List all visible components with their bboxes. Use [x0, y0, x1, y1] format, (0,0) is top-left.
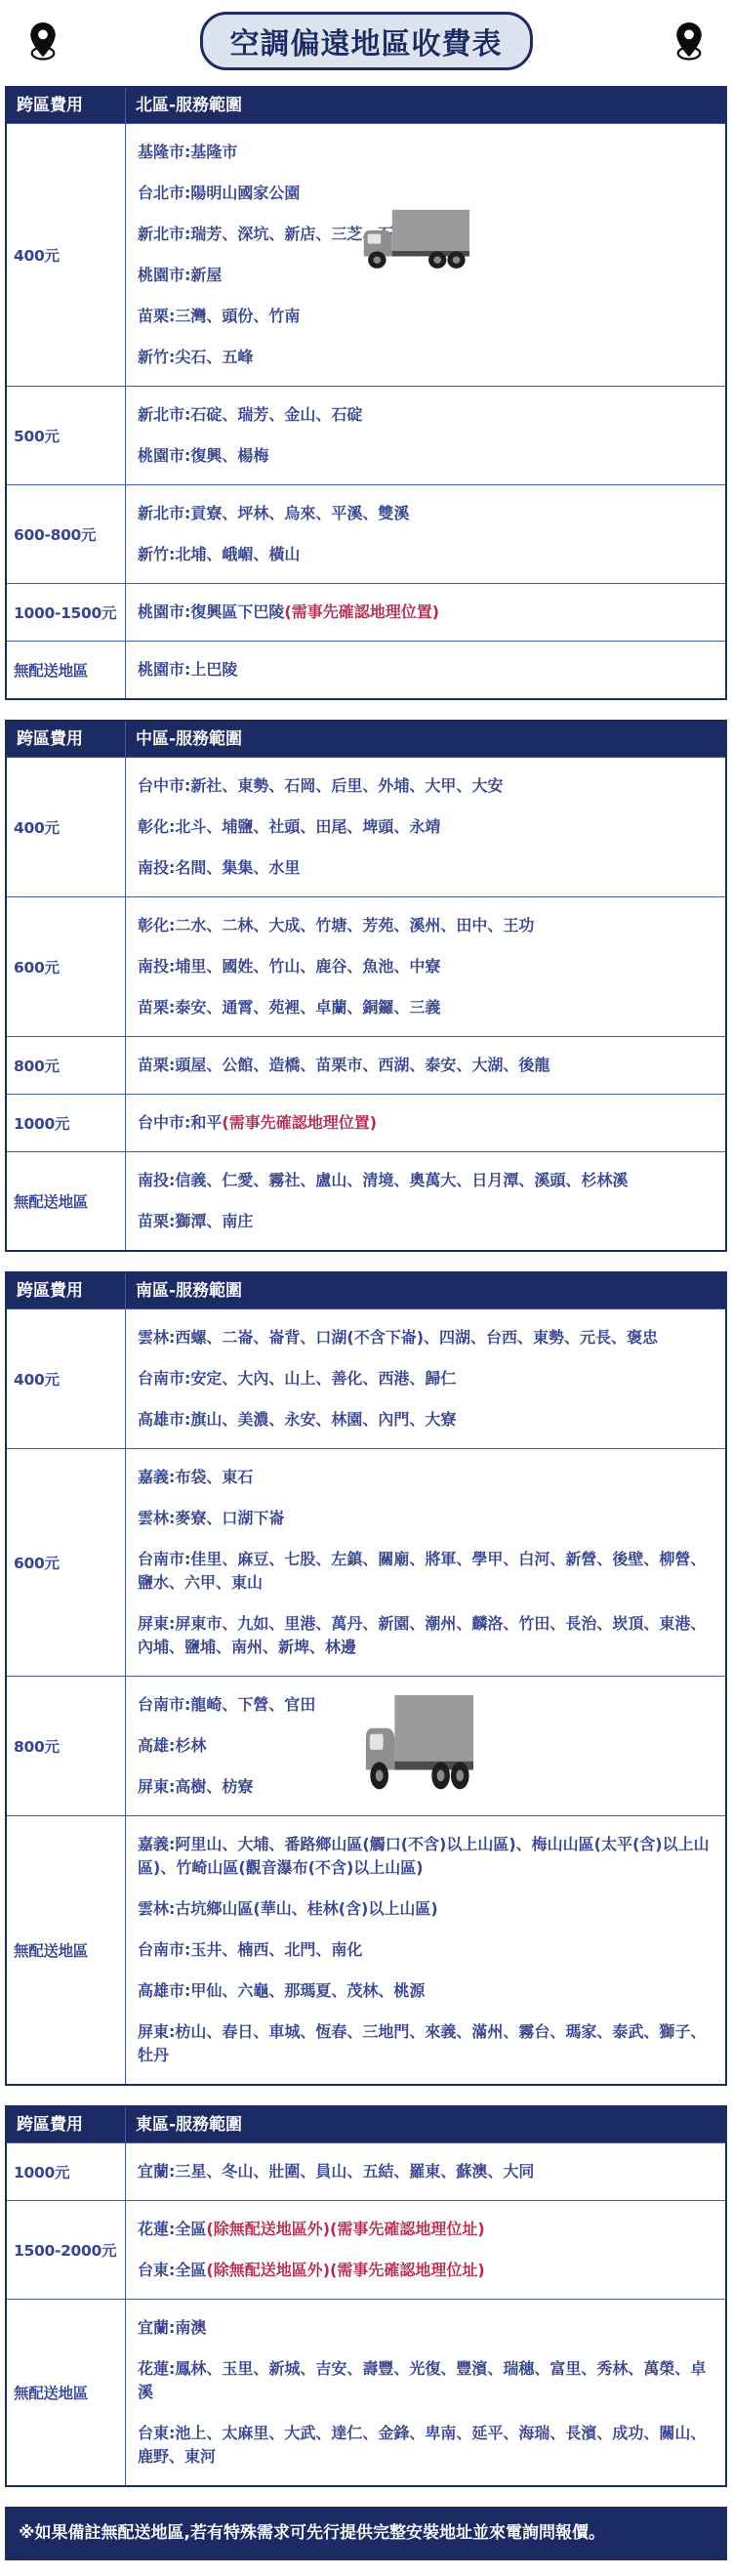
fee-cell: 1000元 [6, 1095, 126, 1152]
areas-cell: 新北市:石碇、瑞芳、金山、石碇桃園市:復興、楊梅 [126, 387, 727, 485]
area-line: 宜蘭:三星、冬山、壯圍、員山、五結、羅東、蘇澳、大同 [138, 2151, 717, 2192]
area-text: 嘉義:阿里山、大埔、番路鄉山區(觸口(不含)以上山區)、梅山山區(太平(含)以上… [138, 1835, 710, 1877]
area-text: 雲林:西螺、二崙、崙背、口湖(不含下崙)、四湖、台西、東勢、元長、褒忠 [138, 1328, 658, 1347]
area-line: 新北市:石碇、瑞芳、金山、石碇 [138, 395, 717, 436]
area-line: 高雄市:甲仙、六龜、那瑪夏、茂林、桃源 [138, 1971, 717, 2012]
area-text: 苗栗:獅潭、南庄 [138, 1212, 253, 1230]
area-text: 新北市:石碇、瑞芳、金山、石碇 [138, 405, 362, 424]
area-line: 基隆市:基隆市 [138, 132, 717, 173]
fee-cell: 800元 [6, 1037, 126, 1095]
table-row: 1000元台中市:和平(需事先確認地理位置) [6, 1095, 726, 1152]
area-text: 屏東:屏東市、九如、里港、萬丹、新園、潮州、麟洛、竹田、長治、崁頂、東港、內埔、… [138, 1614, 706, 1656]
area-text: 桃園市:復興、楊梅 [138, 446, 268, 465]
area-text: 台南市:玉井、楠西、北門、南化 [138, 1940, 362, 1959]
fee-table-south: 跨區費用南區-服務範圍400元雲林:西螺、二崙、崙背、口湖(不含下崙)、四湖、台… [5, 1271, 727, 2086]
table-row: 400元台中市:新社、東勢、石岡、后里、外埔、大甲、大安彰化:北斗、埔鹽、社頭、… [6, 758, 726, 897]
table-row: 無配送地區南投:信義、仁愛、霧社、盧山、清境、奧萬大、日月潭、溪頭、杉林溪苗栗:… [6, 1152, 726, 1252]
page-header: 空調偏遠地區收費表 [0, 6, 732, 80]
area-line: 高雄市:旗山、美濃、永安、林園、內門、大寮 [138, 1399, 717, 1440]
area-text: 台中市:新社、東勢、石岡、后里、外埔、大甲、大安 [138, 776, 503, 795]
area-line: 桃園市:復興區下巴陵(需事先確認地理位置) [138, 592, 717, 633]
table-row: 400元雲林:西螺、二崙、崙背、口湖(不含下崙)、四湖、台西、東勢、元長、褒忠台… [6, 1309, 726, 1449]
area-line: 雲林:西螺、二崙、崙背、口湖(不含下崙)、四湖、台西、東勢、元長、褒忠 [138, 1317, 717, 1358]
truck-icon [360, 1692, 475, 1796]
area-text: 雲林:麥寮、口湖下崙 [138, 1509, 284, 1527]
region-header: 東區-服務範圍 [126, 2106, 727, 2143]
areas-cell: 台南市:龍崎、下營、官田高雄:杉林屏東:高樹、枋寮 [126, 1677, 727, 1816]
area-text: 台南市:佳里、麻豆、七股、左鎮、關廟、將軍、學甲、白河、新營、後壁、柳營、鹽水、… [138, 1550, 706, 1592]
area-line: 南投:名間、集集、水里 [138, 848, 717, 889]
areas-cell: 彰化:二水、二林、大成、竹塘、芳苑、溪州、田中、王功南投:埔里、國姓、竹山、鹿谷… [126, 897, 727, 1037]
areas-cell: 基隆市:基隆市台北市:陽明山國家公園新北市:瑞芳、深坑、新店、三芝、石門、萬里桃… [126, 124, 727, 387]
area-text: 屏東:高樹、枋寮 [138, 1777, 253, 1796]
area-line: 花蓮:鳳林、玉里、新城、吉安、壽豐、光復、豐濱、瑞穗、富里、秀林、萬榮、卓溪 [138, 2348, 717, 2413]
location-pin-icon [25, 19, 61, 64]
table-row: 1000-1500元桃園市:復興區下巴陵(需事先確認地理位置) [6, 584, 726, 642]
fee-cell: 600-800元 [6, 485, 126, 584]
table-row: 600-800元新北市:貢寮、坪林、烏來、平溪、雙溪新竹:北埔、峨嵋、橫山 [6, 485, 726, 584]
areas-cell: 花蓮:全區(除無配送地區外)(需事先確認地理位址)台東:全區(除無配送地區外)(… [126, 2201, 727, 2300]
fee-cell: 無配送地區 [6, 642, 126, 700]
area-text: 高雄市:甲仙、六龜、那瑪夏、茂林、桃源 [138, 1981, 425, 2000]
table-row: 500元新北市:石碇、瑞芳、金山、石碇桃園市:復興、楊梅 [6, 387, 726, 485]
fee-table-north: 跨區費用北區-服務範圍400元基隆市:基隆市台北市:陽明山國家公園新北市:瑞芳、… [5, 86, 727, 700]
region-header: 南區-服務範圍 [126, 1272, 727, 1309]
area-line: 台東:全區(除無配送地區外)(需事先確認地理位址) [138, 2250, 717, 2291]
location-pin-icon [671, 19, 707, 64]
area-line: 雲林:麥寮、口湖下崙 [138, 1498, 717, 1539]
area-line: 宜蘭:南澳 [138, 2307, 717, 2348]
area-text: 宜蘭:三星、冬山、壯圍、員山、五結、羅東、蘇澳、大同 [138, 2162, 534, 2181]
area-line: 新北市:貢寮、坪林、烏來、平溪、雙溪 [138, 493, 717, 534]
areas-cell: 桃園市:復興區下巴陵(需事先確認地理位置) [126, 584, 727, 642]
areas-cell: 台中市:新社、東勢、石岡、后里、外埔、大甲、大安彰化:北斗、埔鹽、社頭、田尾、埤… [126, 758, 727, 897]
area-text: 桃園市:上巴陵 [138, 660, 237, 679]
area-text: 苗栗:頭屋、公館、造橋、苗栗市、西湖、泰安、大湖、後龍 [138, 1056, 549, 1074]
header-row: 跨區費用東區-服務範圍 [6, 2106, 726, 2143]
area-line: 苗栗:三灣、頭份、竹南 [138, 296, 717, 337]
area-line: 桃園市:復興、楊梅 [138, 436, 717, 477]
area-text: 新北市:貢寮、坪林、烏來、平溪、雙溪 [138, 504, 409, 522]
area-line: 台南市:玉井、楠西、北門、南化 [138, 1930, 717, 1971]
areas-cell: 南投:信義、仁愛、霧社、盧山、清境、奧萬大、日月潭、溪頭、杉林溪苗栗:獅潭、南庄 [126, 1152, 727, 1252]
areas-cell: 宜蘭:南澳花蓮:鳳林、玉里、新城、吉安、壽豐、光復、豐濱、瑞穗、富里、秀林、萬榮… [126, 2300, 727, 2487]
table-row: 800元苗栗:頭屋、公館、造橋、苗栗市、西湖、泰安、大湖、後龍 [6, 1037, 726, 1095]
fee-cell: 無配送地區 [6, 2300, 126, 2487]
areas-cell: 台中市:和平(需事先確認地理位置) [126, 1095, 727, 1152]
table-row: 600元嘉義:布袋、東石雲林:麥寮、口湖下崙台南市:佳里、麻豆、七股、左鎮、關廟… [6, 1449, 726, 1677]
area-line: 台東:池上、太麻里、大武、達仁、金鋒、卑南、延平、海瑞、長濱、成功、關山、鹿野、… [138, 2413, 717, 2477]
fee-cell: 1000-1500元 [6, 584, 126, 642]
table-row: 1000元宜蘭:三星、冬山、壯圍、員山、五結、羅東、蘇澳、大同 [6, 2143, 726, 2201]
table-row: 無配送地區宜蘭:南澳花蓮:鳳林、玉里、新城、吉安、壽豐、光復、豐濱、瑞穗、富里、… [6, 2300, 726, 2487]
area-text: 屏東:枋山、春日、車城、恆春、三地門、來義、滿州、霧台、瑪家、泰武、獅子、牡丹 [138, 2022, 706, 2064]
area-text: 花蓮:全區 [138, 2220, 206, 2238]
fee-cell: 800元 [6, 1677, 126, 1816]
area-line: 花蓮:全區(除無配送地區外)(需事先確認地理位址) [138, 2209, 717, 2250]
area-text: 彰化:二水、二林、大成、竹塘、芳苑、溪州、田中、王功 [138, 916, 534, 935]
area-text: 宜蘭:南澳 [138, 2318, 206, 2337]
fee-cell: 無配送地區 [6, 1152, 126, 1252]
area-line: 新竹:尖石、五峰 [138, 337, 717, 378]
area-line: 台南市:安定、大內、山上、善化、西港、歸仁 [138, 1358, 717, 1399]
fee-cell: 400元 [6, 1309, 126, 1449]
table-row: 無配送地區嘉義:阿里山、大埔、番路鄉山區(觸口(不含)以上山區)、梅山山區(太平… [6, 1816, 726, 2086]
area-text: 雲林:古坑鄉山區(華山、桂林(含)以上山區) [138, 1899, 438, 1918]
area-text: 桃園市:新屋 [138, 266, 222, 284]
area-text: 花蓮:鳳林、玉里、新城、吉安、壽豐、光復、豐濱、瑞穗、富里、秀林、萬榮、卓溪 [138, 2359, 706, 2401]
region-header: 北區-服務範圍 [126, 87, 727, 124]
area-line: 南投:信義、仁愛、霧社、盧山、清境、奧萬大、日月潭、溪頭、杉林溪 [138, 1160, 717, 1201]
fee-column-header: 跨區費用 [6, 1272, 126, 1309]
table-row: 無配送地區桃園市:上巴陵 [6, 642, 726, 700]
areas-cell: 宜蘭:三星、冬山、壯圍、員山、五結、羅東、蘇澳、大同 [126, 2143, 727, 2201]
footer-note: ※如果備註無配送地區,若有特殊需求可先行提供完整安裝地址並來電詢問報價。 [5, 2507, 727, 2560]
area-text: 台東:全區 [138, 2261, 206, 2279]
area-line: 桃園市:上巴陵 [138, 649, 717, 690]
area-text: 彰化:北斗、埔鹽、社頭、田尾、埤頭、永靖 [138, 817, 440, 836]
area-text: 南投:信義、仁愛、霧社、盧山、清境、奧萬大、日月潭、溪頭、杉林溪 [138, 1171, 628, 1189]
area-line: 嘉義:布袋、東石 [138, 1457, 717, 1498]
areas-cell: 雲林:西螺、二崙、崙背、口湖(不含下崙)、四湖、台西、東勢、元長、褒忠台南市:安… [126, 1309, 727, 1449]
area-text: 南投:埔里、國姓、竹山、鹿谷、魚池、中寮 [138, 957, 440, 976]
page: 空調偏遠地區收費表 跨區費用北區-服務範圍400元基隆市:基隆市台北市:陽明山國… [0, 0, 732, 2576]
fee-cell: 600元 [6, 1449, 126, 1677]
table-row: 800元台南市:龍崎、下營、官田高雄:杉林屏東:高樹、枋寮 [6, 1677, 726, 1816]
fee-cell: 無配送地區 [6, 1816, 126, 2086]
warning-text: (需事先確認地理位置) [222, 1113, 377, 1132]
warning-text: (除無配送地區外)(需事先確認地理位址) [206, 2220, 484, 2238]
area-line: 屏東:枋山、春日、車城、恆春、三地門、來義、滿州、霧台、瑪家、泰武、獅子、牡丹 [138, 2012, 717, 2076]
area-line: 南投:埔里、國姓、竹山、鹿谷、魚池、中寮 [138, 946, 717, 987]
area-text: 嘉義:布袋、東石 [138, 1468, 253, 1486]
warning-text: (需事先確認地理位置) [284, 602, 439, 621]
fee-table-central: 跨區費用中區-服務範圍400元台中市:新社、東勢、石岡、后里、外埔、大甲、大安彰… [5, 720, 727, 1252]
areas-cell: 苗栗:頭屋、公館、造橋、苗栗市、西湖、泰安、大湖、後龍 [126, 1037, 727, 1095]
fee-cell: 500元 [6, 387, 126, 485]
area-line: 台中市:和平(需事先確認地理位置) [138, 1102, 717, 1143]
area-text: 台中市:和平 [138, 1113, 222, 1132]
truck-icon [358, 208, 471, 272]
fee-cell: 1500-2000元 [6, 2201, 126, 2300]
areas-cell: 嘉義:布袋、東石雲林:麥寮、口湖下崙台南市:佳里、麻豆、七股、左鎮、關廟、將軍、… [126, 1449, 727, 1677]
fee-cell: 600元 [6, 897, 126, 1037]
areas-cell: 新北市:貢寮、坪林、烏來、平溪、雙溪新竹:北埔、峨嵋、橫山 [126, 485, 727, 584]
area-text: 高雄市:旗山、美濃、永安、林園、內門、大寮 [138, 1410, 456, 1429]
header-row: 跨區費用中區-服務範圍 [6, 721, 726, 758]
area-text: 台南市:安定、大內、山上、善化、西港、歸仁 [138, 1369, 456, 1388]
area-line: 苗栗:頭屋、公館、造橋、苗栗市、西湖、泰安、大湖、後龍 [138, 1045, 717, 1086]
area-text: 苗栗:三灣、頭份、竹南 [138, 307, 300, 325]
area-line: 彰化:二水、二林、大成、竹塘、芳苑、溪州、田中、王功 [138, 905, 717, 946]
fee-cell: 400元 [6, 758, 126, 897]
fee-column-header: 跨區費用 [6, 2106, 126, 2143]
area-line: 彰化:北斗、埔鹽、社頭、田尾、埤頭、永靖 [138, 807, 717, 848]
table-row: 400元基隆市:基隆市台北市:陽明山國家公園新北市:瑞芳、深坑、新店、三芝、石門… [6, 124, 726, 387]
area-text: 新竹:北埔、峨嵋、橫山 [138, 545, 300, 563]
fee-column-header: 跨區費用 [6, 87, 126, 124]
header-row: 跨區費用北區-服務範圍 [6, 87, 726, 124]
area-line: 雲林:古坑鄉山區(華山、桂林(含)以上山區) [138, 1889, 717, 1930]
area-line: 新竹:北埔、峨嵋、橫山 [138, 534, 717, 575]
area-line: 台中市:新社、東勢、石岡、后里、外埔、大甲、大安 [138, 766, 717, 807]
area-text: 苗栗:泰安、通霄、苑裡、卓蘭、銅鑼、三義 [138, 998, 440, 1017]
area-text: 桃園市:復興區下巴陵 [138, 602, 284, 621]
region-header: 中區-服務範圍 [126, 721, 727, 758]
fee-cell: 400元 [6, 124, 126, 387]
page-title: 空調偏遠地區收費表 [200, 12, 533, 70]
area-text: 台南市:龍崎、下營、官田 [138, 1695, 315, 1714]
area-text: 高雄:杉林 [138, 1736, 206, 1755]
area-text: 新竹:尖石、五峰 [138, 348, 253, 366]
areas-cell: 嘉義:阿里山、大埔、番路鄉山區(觸口(不含)以上山區)、梅山山區(太平(含)以上… [126, 1816, 727, 2086]
area-text: 基隆市:基隆市 [138, 143, 237, 161]
area-line: 苗栗:獅潭、南庄 [138, 1201, 717, 1242]
area-text: 台北市:陽明山國家公園 [138, 184, 300, 202]
areas-cell: 桃園市:上巴陵 [126, 642, 727, 700]
warning-text: (除無配送地區外)(需事先確認地理位址) [206, 2261, 484, 2279]
area-text: 台東:池上、太麻里、大武、達仁、金鋒、卑南、延平、海瑞、長濱、成功、關山、鹿野、… [138, 2424, 706, 2466]
fee-cell: 1000元 [6, 2143, 126, 2201]
area-line: 台南市:佳里、麻豆、七股、左鎮、關廟、將軍、學甲、白河、新營、後壁、柳營、鹽水、… [138, 1539, 717, 1603]
table-row: 1500-2000元花蓮:全區(除無配送地區外)(需事先確認地理位址)台東:全區… [6, 2201, 726, 2300]
table-row: 600元彰化:二水、二林、大成、竹塘、芳苑、溪州、田中、王功南投:埔里、國姓、竹… [6, 897, 726, 1037]
fee-table-east: 跨區費用東區-服務範圍1000元宜蘭:三星、冬山、壯圍、員山、五結、羅東、蘇澳、… [5, 2105, 727, 2487]
area-text: 南投:名間、集集、水里 [138, 858, 300, 877]
fee-column-header: 跨區費用 [6, 721, 126, 758]
fee-tables: 跨區費用北區-服務範圍400元基隆市:基隆市台北市:陽明山國家公園新北市:瑞芳、… [0, 86, 732, 2487]
header-row: 跨區費用南區-服務範圍 [6, 1272, 726, 1309]
area-line: 苗栗:泰安、通霄、苑裡、卓蘭、銅鑼、三義 [138, 987, 717, 1028]
area-line: 屏東:屏東市、九如、里港、萬丹、新園、潮州、麟洛、竹田、長治、崁頂、東港、內埔、… [138, 1603, 717, 1668]
area-line: 嘉義:阿里山、大埔、番路鄉山區(觸口(不含)以上山區)、梅山山區(太平(含)以上… [138, 1824, 717, 1889]
